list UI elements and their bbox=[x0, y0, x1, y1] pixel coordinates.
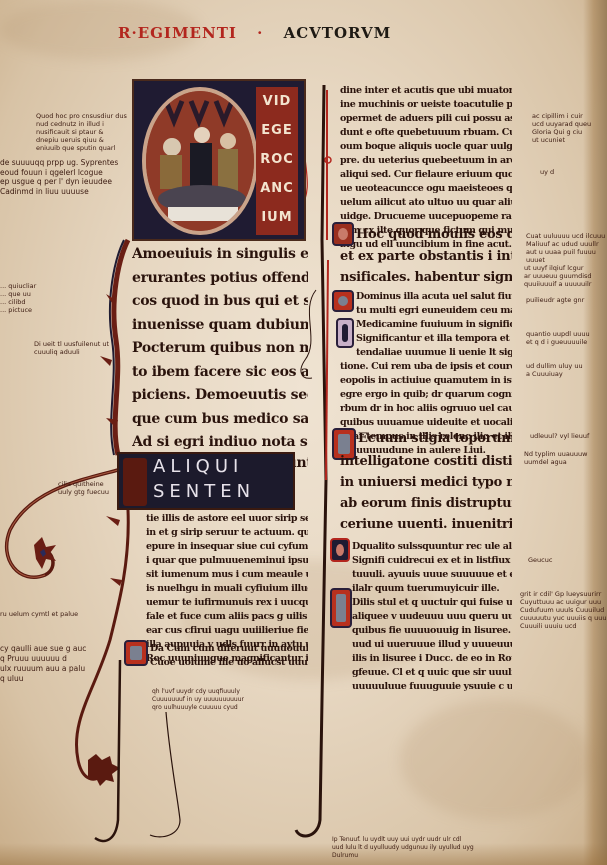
initial-a-ornament bbox=[123, 458, 147, 506]
side-letter-row: ROC bbox=[256, 145, 298, 174]
marginal-gloss-bottom-right: Ip Tenuuf. lu uydlt uuy uui uydr uudr ul… bbox=[332, 836, 474, 860]
initial-block-line: SENTEN bbox=[153, 481, 293, 502]
text-line: Ecuum stigia toporum in bbox=[358, 428, 512, 449]
gloss-line: Cudufuum uuuls Cuuuilud bbox=[520, 606, 607, 614]
text-line: uelum ailicut ato ultuo uu quar aliur fu… bbox=[340, 196, 512, 210]
marginal-gloss-right-9: Nd typlim uuauuuw uumdel agua bbox=[524, 450, 587, 466]
gloss-line: uuly gtg fuecuu bbox=[58, 488, 109, 496]
gloss-line: qro uulhuuuyle cuuuuu cyud bbox=[152, 704, 244, 712]
gloss-line: a Cuuuiuay bbox=[526, 370, 583, 378]
gloss-line: ar uuueuu guumdisd bbox=[524, 272, 592, 280]
text-line: Medicamine fuuiuum in significatione. bbox=[356, 318, 512, 332]
gloss-line: qh l'uvf uuydr cdy uuqfiuuuly bbox=[152, 688, 244, 696]
gloss-line: cy qaulli aue sue g auc bbox=[0, 644, 86, 654]
side-letter-row: VID bbox=[256, 87, 298, 116]
gloss-line: dnepiu ueruis qiuu & bbox=[36, 136, 127, 144]
text-line: Signifi cuidrecui ex et in listfiux tuui bbox=[352, 554, 512, 568]
marginal-gloss-left-bottom: cy qaulli aue sue g auc q Pruuu uuuuuu d… bbox=[0, 644, 86, 684]
marginal-gloss-right-8: udleuul? vyl lieuuf bbox=[530, 432, 589, 440]
gloss-line: nusificauit si ptaur & bbox=[36, 128, 127, 136]
gloss-line: Cuuuuuuuf in uy uuuuuuuuuur bbox=[152, 696, 244, 704]
text-line: gfeuue. Cl et q uuic que sir uuuliuuu l bbox=[352, 666, 512, 680]
text-line: et ex parte obstantis i intellige bbox=[340, 246, 512, 267]
gloss-line: ucd uuyarad queu bbox=[532, 120, 591, 128]
gloss-line: Cadinmd in liuu uuuuse bbox=[0, 187, 118, 197]
gloss-line: uumdel agua bbox=[524, 458, 587, 466]
gloss-line: Cuat uuluuuu ucd ilcuuu bbox=[526, 232, 605, 240]
text-column-left-main: Amoeuiuis in singulis egitudinib; eruran… bbox=[132, 243, 308, 471]
gloss-line: udleuul? vyl lieuuf bbox=[530, 432, 589, 440]
gloss-line: ru uelum cymtl et palue bbox=[0, 610, 78, 618]
text-line: ab eorum finis distruptura p bbox=[340, 493, 512, 514]
text-column-right-lower-cont: intelligatone costiti distinct. intur in… bbox=[340, 451, 512, 535]
gloss-line: ... cilibd bbox=[0, 298, 36, 306]
text-line: Amoeuiuis in singulis egitudinib; bbox=[132, 243, 308, 267]
decorated-initial-block: ALIQUI SENTEN bbox=[117, 452, 295, 510]
text-line: dunt e ofte quebetuuum rbuam. Cur uouelu… bbox=[340, 126, 512, 140]
gloss-line: q uluu bbox=[0, 674, 86, 684]
gloss-line: ulx ruuuum auu a palu bbox=[0, 664, 86, 674]
text-line: uud ui uueruuue illud y uuueuuuu i uuuuq bbox=[352, 638, 512, 652]
marginal-gloss-right-4: ut uuyf ilqiuf lcgur ar uuueuu guumdisd … bbox=[524, 264, 592, 288]
marginal-gloss-right-3: Cuat uuluuuu ucd ilcuuu Maliuuf ac udud … bbox=[526, 232, 605, 264]
text-line: intelligatone costiti distinct. intur bbox=[340, 451, 512, 472]
marginal-gloss-right-10: Geucuc bbox=[528, 556, 552, 564]
gloss-line: nud cednutz in illud i bbox=[36, 120, 127, 128]
text-line: pre. du ueterius quebeetuum in arcu ilia… bbox=[340, 154, 512, 168]
marginal-gloss-left-mid2: Di ueit tl uusfuilenut ut cuuuliq aduuli bbox=[34, 340, 109, 356]
gloss-line: de suuuuqq prpp ug. Syprentes bbox=[0, 158, 118, 168]
side-letter-row: ANC bbox=[256, 174, 298, 203]
gloss-line: aut u uuaa puil fuuuu bbox=[526, 248, 605, 256]
text-line: uemur te iufirmunuis rex i uucquar uuuu bbox=[146, 596, 308, 610]
marginal-gloss-right-2: uy d bbox=[540, 168, 554, 176]
marginal-gloss-bottom-center: qh l'uvf uuydr cdy uuqfiuuuly Cuuuuuuuf … bbox=[152, 688, 244, 712]
text-line: i quar que pulmuueneminui ipsuus ueile bbox=[146, 554, 308, 568]
text-line: is nuelhgu in muali cyfiuium illud q ofe… bbox=[146, 582, 308, 596]
text-line: Hoc quod moulis eos dit bbox=[356, 224, 512, 245]
text-column-right-mid-large: Hoc quod moulis eos dit bbox=[356, 224, 512, 245]
text-line: piciens. Demoeuutis secorum eadu bbox=[132, 384, 308, 408]
decorated-initial-q bbox=[124, 640, 148, 666]
gloss-line: ... que uu bbox=[0, 290, 36, 298]
text-line: tendaliae uuumue li uenie lt significat bbox=[356, 346, 512, 360]
gloss-line: Quod hoc pro cnsusdiur dus bbox=[36, 112, 127, 120]
text-line: egre ergo in quib; dr quarum cognitio et bbox=[340, 388, 512, 402]
gloss-line: eoud fouun i qgelerl lcogue bbox=[0, 168, 118, 178]
marginal-gloss-left-mid: ... quiucliar ... que uu ... cilibd ... … bbox=[0, 282, 36, 314]
gloss-line: grit ir cdil' Gp lueysuurirr bbox=[520, 590, 607, 598]
text-line: rbum dr in hoc aliis ogruuo uel cauire bbox=[340, 402, 512, 416]
marginal-gloss-right-6: quantio uupdl uuuu et q d i gueuuuuile bbox=[526, 330, 590, 346]
marginal-gloss-left-lower: cilia quitheine uuly gtg fuecuu bbox=[58, 480, 109, 496]
text-line: nsificales. habentur significatione bbox=[340, 267, 512, 288]
marginal-gloss-right-5: puilieudr agte gnr bbox=[526, 296, 584, 304]
gloss-line: ut uuyf ilqiuf lcgur bbox=[524, 264, 592, 272]
text-line: erurantes potius offendisse ferime bbox=[132, 267, 308, 291]
manuscript-page: R·EGIMENTI · ACVTORVM bbox=[0, 0, 607, 865]
text-line: opermet de aduers pili cui possu aste ot… bbox=[340, 112, 512, 126]
text-line: inuenisse quam dubium non e. bbox=[132, 314, 308, 338]
gloss-line: quuiiuuuif a uuuuuilr bbox=[524, 280, 592, 288]
marginal-gloss-right-1: ac cipillim i cuir ucd uuyarad queu Glor… bbox=[532, 112, 591, 144]
text-column-left-lower-end: Da Cum cum diferuut uuuuouuis est Cuoe u… bbox=[150, 642, 308, 670]
gloss-line: quantio uupdl uuuu bbox=[526, 330, 590, 338]
text-line: Ad si egri indiuo nota si diamer bbox=[132, 431, 308, 455]
gloss-line: uy d bbox=[540, 168, 554, 176]
gloss-line: cuuuliq aduuli bbox=[34, 348, 109, 356]
text-line: ceriune uuenti. inuenitri. bbox=[340, 514, 512, 535]
text-line: Cuoe uolume ille uo allucst uuulruuer bbox=[150, 656, 308, 670]
text-line: aliquee v uudeuuu uuu queru uu uuliug bbox=[352, 610, 512, 624]
text-line: uuuuuluue fuuuguuie ysuuie c uuuuu uuc. bbox=[352, 680, 512, 694]
text-column-right-mid-small: Dominus illa acuta uel salut fiuur tu mu… bbox=[356, 290, 512, 360]
text-line: Da Cum cum diferuut uuuuouuis est bbox=[150, 642, 308, 656]
text-line: Dilis stul et q uuctuir qui fuise uil ue bbox=[352, 596, 512, 610]
initial-letter-frame bbox=[142, 87, 258, 235]
decorated-initial-s bbox=[336, 318, 354, 348]
text-line: in uniuersi medici typo no nulla bbox=[340, 472, 512, 493]
text-line: ear cus cfirui uagu uuiilieriue fie uuyc… bbox=[146, 624, 308, 638]
gloss-line: puilieudr agte gnr bbox=[526, 296, 584, 304]
marginal-gloss-right-7: ud dullim uluy uu a Cuuuiuay bbox=[526, 362, 583, 378]
text-line: cos quod in bus qui et scriberum bbox=[132, 290, 308, 314]
marginal-gloss-left-upper: de suuuuqq prpp ug. Syprentes eoud fouun… bbox=[0, 158, 118, 196]
text-column-right-bottom: Dqualito sulssquuntur rec ule all Signif… bbox=[352, 540, 512, 694]
text-line: Dqualito sulssquuntur rec ule all bbox=[352, 540, 512, 554]
decorated-initial-p bbox=[330, 588, 352, 628]
text-line: dine inter et acutis que ubi muatore. dn bbox=[340, 84, 512, 98]
gloss-line: cilia quitheine bbox=[58, 480, 109, 488]
text-line: eopolis in actiuiue quamutem in istud bbox=[340, 374, 512, 388]
text-line: ine muchinis or ueiste toacutulie plo g bbox=[340, 98, 512, 112]
gloss-line: uud lulu lt d uyulluudy udgunuu ily uyul… bbox=[332, 844, 474, 852]
text-line: to ibem facere sic eos acuta pen bbox=[132, 361, 308, 385]
text-line: tuuuli. ayuuis uuue suuuuue et ex ut uil… bbox=[352, 568, 512, 582]
gloss-line: Maliuuf ac udud uuullr bbox=[526, 240, 605, 248]
gloss-line: cuuuuutu yuc uuuiis q uuuii bbox=[520, 614, 607, 622]
marginal-gloss-right-11: grit ir cdil' Gp lueysuurirr Cuyuttuuu a… bbox=[520, 590, 607, 630]
gloss-line: uuuet bbox=[526, 256, 605, 264]
gloss-line: ... pictuce bbox=[0, 306, 36, 314]
decorated-initial-h bbox=[332, 222, 354, 246]
text-line: Dominus illa acuta uel salut fiuur bbox=[356, 290, 512, 304]
gloss-line: Di ueit tl uusfuilenut ut bbox=[34, 340, 109, 348]
text-line: quibus fie uuuuouuig in lisuree. sequare… bbox=[352, 624, 512, 638]
text-column-right-lower: Ecuum stigia toporum in bbox=[358, 428, 512, 449]
initial-block-line: ALIQUI bbox=[153, 456, 293, 477]
side-letter-row: IUM bbox=[256, 203, 298, 232]
gloss-line: Cuuuili uuuiu ucd bbox=[520, 622, 607, 630]
gloss-line: ud dullim uluy uu bbox=[526, 362, 583, 370]
text-line: ue ueoteacuncce ogu maeisteoes que l qui… bbox=[340, 182, 512, 196]
text-line: sit iumenum mus i cum meaule uera ut bbox=[146, 568, 308, 582]
text-line: tu multi egri euneuidem ceu mag bbox=[356, 304, 512, 318]
gloss-line: ... quiucliar bbox=[0, 282, 36, 290]
gloss-line: Dulrumu bbox=[332, 852, 474, 860]
gloss-line: Geucuc bbox=[528, 556, 552, 564]
text-line: ilalr quum tuerumuyicuir ille. bbox=[352, 582, 512, 596]
decorated-initial-c bbox=[330, 538, 350, 562]
bedside-scene-illustration bbox=[146, 91, 254, 231]
gloss-line: q Pruuu uuuuuu d bbox=[0, 654, 86, 664]
gloss-line: Cuyuttuuu ac uuigur uuu bbox=[520, 598, 607, 606]
text-line: uidge. Drucueme uucepuopeme rae mulim bbox=[340, 210, 512, 224]
marginal-gloss-left-top: Quod hoc pro cnsusdiur dus nud cednutz i… bbox=[36, 112, 127, 152]
marginal-gloss-left-lower2: ru uelum cymtl et palue bbox=[0, 610, 78, 618]
text-line: Significantur et illa tempora et lucidum bbox=[356, 332, 512, 346]
side-letter-row: EGE bbox=[256, 116, 298, 145]
historiated-initial-miniature: VID EGE ROC ANC IUM bbox=[132, 79, 306, 241]
text-line: epure in insequar siue cui cyfum cum bbox=[146, 540, 308, 554]
text-line: Pocterum quibus non medie quis bbox=[132, 337, 308, 361]
gloss-line: et q d i gueuuuuile bbox=[526, 338, 590, 346]
gloss-line: Ip Tenuuf. lu uydlt uuy uui uydr uudr ul… bbox=[332, 836, 474, 844]
text-line: que cum bus medico sare nece e. bbox=[132, 408, 308, 432]
initial-side-lettering: VID EGE ROC ANC IUM bbox=[256, 87, 298, 235]
text-line: ilis in lisuree i Ducc. de eo in Roucllu… bbox=[352, 652, 512, 666]
gloss-line: ac cipillim i cuir bbox=[532, 112, 591, 120]
text-line: fale et fuce cum aliis pacs g uilis quis… bbox=[146, 610, 308, 624]
gloss-line: ut ucuniet bbox=[532, 136, 591, 144]
gloss-line: eniuuib que sputin quarl bbox=[36, 144, 127, 152]
text-line: oum boque aliquis uocle quar uulgus sine bbox=[340, 140, 512, 154]
gloss-line: ep usgue q per l' dyn ieuudee bbox=[0, 177, 118, 187]
text-line: aliqui sed. Cur fielaure eriuum quod muc… bbox=[340, 168, 512, 182]
decorated-initial-d bbox=[332, 290, 354, 312]
gloss-line: Nd typlim uuauuuw bbox=[524, 450, 587, 458]
text-line: tie illis de astore eel uuor sirip seruu… bbox=[146, 512, 308, 526]
text-line: tione. Cui rem uba de ipsis et coureno bbox=[340, 360, 512, 374]
gloss-line: Gloria Qui g ciu bbox=[532, 128, 591, 136]
text-column-right-mid-large-cont: et ex parte obstantis i intellige nsific… bbox=[340, 246, 512, 288]
text-line: in et g sirip seruur te actuum. que in bbox=[146, 526, 308, 540]
